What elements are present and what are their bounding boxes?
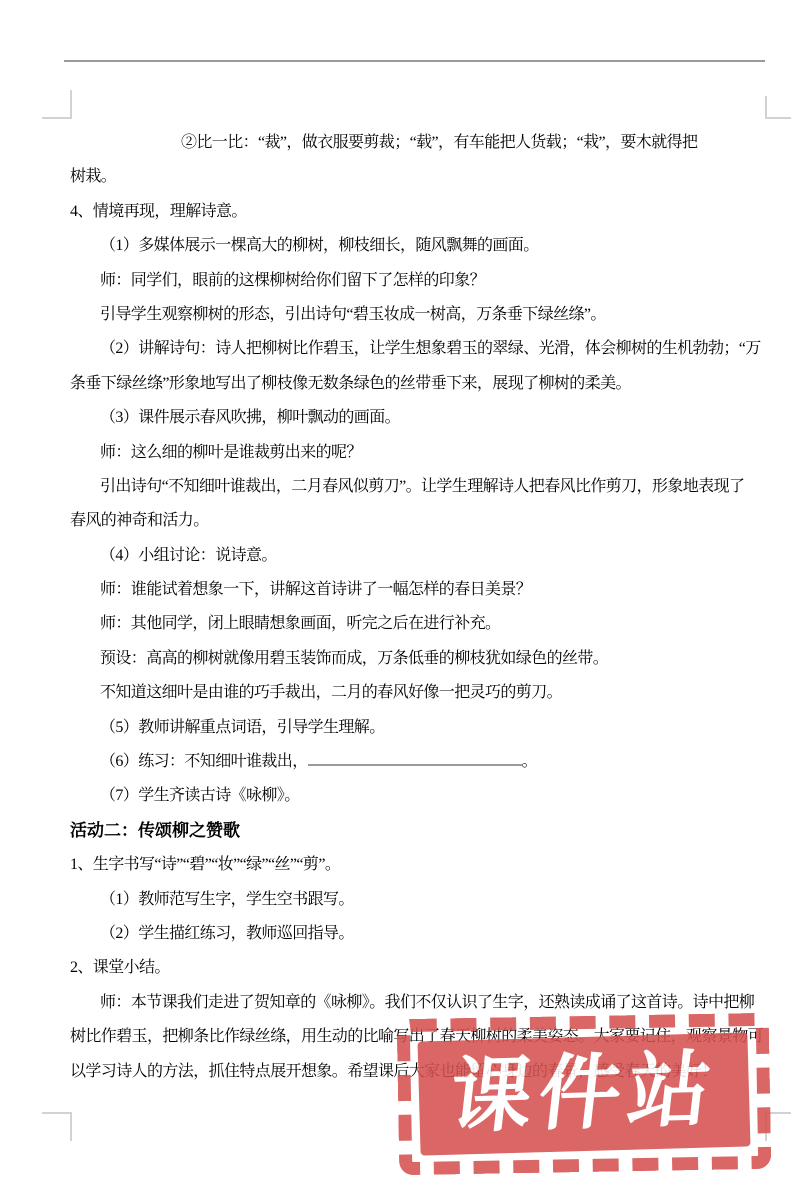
doc-line: （2）讲解诗句：诗人把柳树比作碧玉，让学生想象碧玉的翠绿、光滑，体会柳树的生机勃… (70, 332, 770, 366)
doc-line: （7）学生齐读古诗《咏柳》。 (70, 779, 770, 813)
doc-line: （2）学生描红练习，教师巡回指导。 (70, 917, 770, 951)
doc-line: 4、情境再现，理解诗意。 (70, 195, 770, 229)
stamp-frame: 课件站 (397, 1013, 772, 1175)
practice-line-suffix: 。 (522, 753, 537, 770)
practice-line-prefix: （6）练习：不知细叶谁裁出， (100, 753, 308, 770)
doc-line: 不知道这细叶是由谁的巧手裁出，二月的春风好像一把灵巧的剪刀。 (70, 676, 770, 710)
doc-line: ②比一比：“裁”，做衣服要剪裁；“载”，有车能把人货载；“栽”，要木就得把 (70, 126, 770, 160)
document-body: ②比一比：“裁”，做衣服要剪裁；“载”，有车能把人货载；“栽”，要木就得把 树栽… (70, 126, 770, 1089)
doc-line: 师：谁能试着想象一下，讲解这首诗讲了一幅怎样的春日美景？ (70, 573, 770, 607)
doc-line: （1）多媒体展示一棵高大的柳树，柳枝细长，随风飘舞的画面。 (70, 229, 770, 263)
margin-mark-top-left (42, 90, 72, 119)
stamp-body: 课件站 (417, 1032, 750, 1155)
practice-line: （6）练习：不知细叶谁裁出，。 (70, 745, 770, 779)
doc-line: 树栽。 (70, 160, 770, 194)
doc-line: 引出诗句“不知细叶谁裁出，二月春风似剪刀”。让学生理解诗人把春风比作剪刀，形象地… (70, 470, 770, 504)
margin-mark-top-right (765, 96, 791, 119)
doc-line: 1、生字书写“诗”“碧”“妆”“绿”“丝”“剪”。 (70, 848, 770, 882)
doc-line: 师：其他同学，闭上眼睛想象画面，听完之后在进行补充。 (70, 607, 770, 641)
doc-line: 春风的神奇和活力。 (70, 504, 770, 538)
watermark-stamp: 课件站 (397, 1013, 772, 1175)
doc-line: 师：同学们，眼前的这棵柳树给你们留下了怎样的印象？ (70, 264, 770, 298)
doc-line: 条垂下绿丝绦”形象地写出了柳枝像无数条绿色的丝带垂下来，展现了柳树的柔美。 (70, 367, 770, 401)
doc-line: （4）小组讨论：说诗意。 (70, 539, 770, 573)
doc-line: 引导学生观察柳树的形态，引出诗句“碧玉妆成一树高，万条垂下绿丝绦”。 (70, 298, 770, 332)
page-top-rule (64, 60, 765, 62)
stamp-text: 课件站 (446, 1049, 722, 1139)
doc-line: 预设：高高的柳树就像用碧玉装饰而成，万条低垂的柳枝犹如绿色的丝带。 (70, 642, 770, 676)
doc-line: （1）教师范写生字，学生空书跟写。 (70, 883, 770, 917)
doc-line: 2、课堂小结。 (70, 951, 770, 985)
doc-line: 师：这么细的柳叶是谁裁剪出来的呢？ (70, 436, 770, 470)
doc-line: （3）课件展示春风吹拂，柳叶飘动的画面。 (70, 401, 770, 435)
doc-line: （5）教师讲解重点词语，引导学生理解。 (70, 711, 770, 745)
document-page: ②比一比：“裁”，做衣服要剪裁；“载”，有车能把人货载；“栽”，要木就得把 树栽… (0, 0, 800, 1200)
margin-mark-bottom-left (42, 1112, 72, 1141)
section-heading: 活动二：传颂柳之赞歌 (70, 814, 770, 848)
fill-in-blank-underline (308, 751, 522, 766)
